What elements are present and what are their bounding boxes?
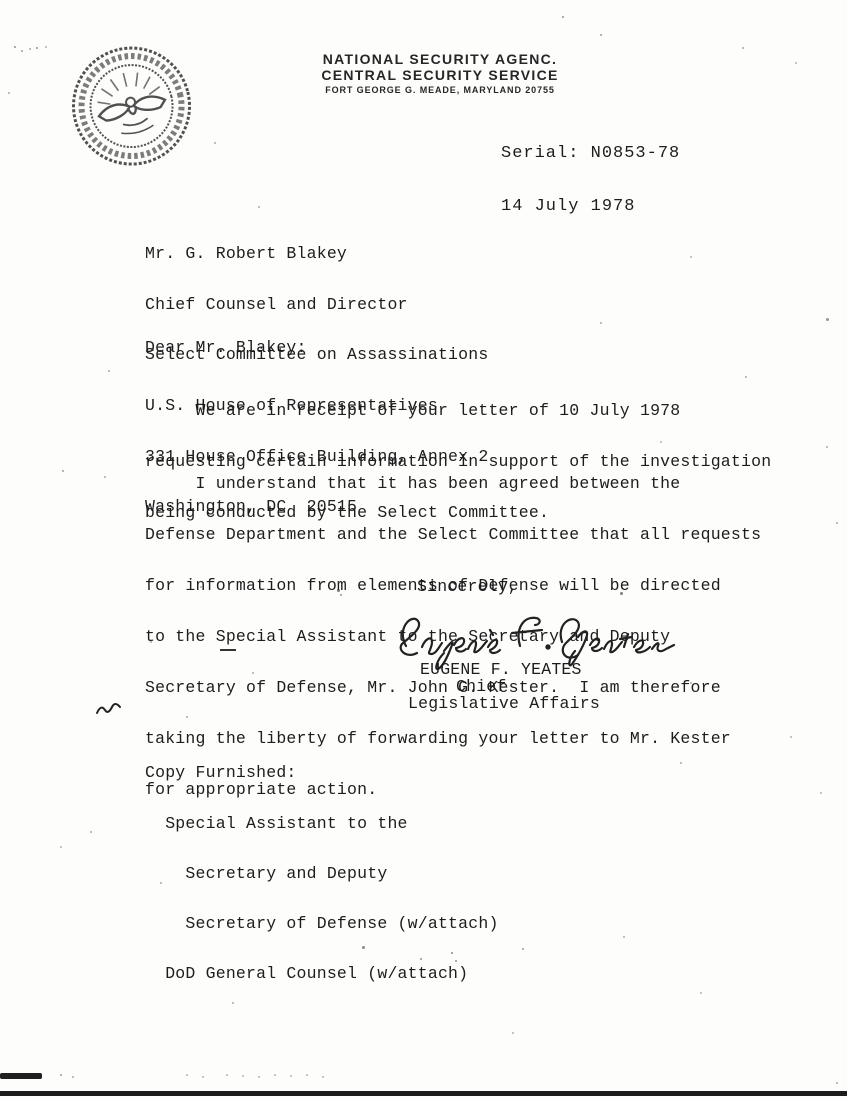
scan-speck [72,1076,74,1078]
scan-speck [108,370,110,372]
scan-speck [690,682,692,684]
body-line: We are in receipt of your letter of 10 J… [145,402,771,419]
scan-speck [620,592,623,595]
stray-dash-mark [220,649,236,651]
scan-speck [552,731,554,733]
scan-speck [745,376,747,378]
scan-speck [186,1074,188,1076]
scan-speck [200,586,202,588]
scan-speck [826,318,829,321]
copy-furnished-block: Copy Furnished: Special Assistant to the… [145,732,499,1016]
scan-speck [690,256,692,258]
salutation: Dear Mr. Blakey: [145,339,307,356]
letterhead-address-line: FORT GEORGE G. MEADE, MARYLAND 20755 [300,84,580,97]
scan-speck [680,762,682,764]
scan-speck [700,992,702,994]
scan-speck [160,882,162,884]
scan-speck [820,792,822,794]
scan-speck [522,948,524,950]
body-line: I understand that it has been agreed bet… [145,475,761,492]
scan-smudge [0,1073,42,1079]
scan-speck [420,958,422,960]
scan-speck [322,1076,324,1078]
scan-speck [790,736,792,738]
scan-speck [826,446,828,448]
letter-page: NATIONAL SECURITY AGENC. CENTRAL SECURIT… [0,0,847,1099]
copy-furnished-line: Secretary of Defense (w/attach) [145,916,499,933]
scan-speck [21,50,23,52]
scan-speck [742,47,744,49]
scan-speck [562,16,564,18]
scan-speck [836,522,838,524]
scan-speck [36,47,38,49]
scan-speck [29,48,31,50]
scan-speck [90,831,92,833]
letterhead-agency-line: NATIONAL SECURITY AGENC. [300,52,580,68]
scan-speck [258,206,260,208]
scan-speck [226,1074,228,1076]
scan-speck [795,62,797,64]
scan-edge-line [0,1091,847,1096]
scan-speck [62,470,64,472]
scan-speck [274,1074,276,1076]
scan-speck [600,34,602,36]
valediction: Sincerely, [417,578,518,595]
letterhead: NATIONAL SECURITY AGENC. CENTRAL SECURIT… [300,52,580,97]
scan-speck [451,952,453,954]
scan-speck [186,716,188,718]
scan-speck [512,1032,514,1034]
copy-furnished-line: Special Assistant to the [145,816,499,833]
scan-speck [623,936,625,938]
signer-title-chief: Chief [456,678,507,695]
dod-seal-image [48,27,216,189]
recipient-line: Chief Counsel and Director [145,297,488,314]
scan-speck [340,594,342,596]
letter-date: 14 July 1978 [501,198,680,216]
serial-number: Serial: N0853-78 [501,145,680,163]
scan-speck [242,1075,244,1077]
scan-speck [362,946,365,949]
scan-speck [600,322,602,324]
scan-speck [202,1076,204,1078]
scan-speck [455,960,457,962]
scan-speck [660,441,662,443]
scan-speck [306,1074,308,1076]
scan-speck [232,1002,234,1004]
scan-speck [290,1075,292,1077]
scan-speck [45,46,47,48]
margin-scribble-mark [94,701,124,719]
scan-speck [252,672,254,674]
copy-furnished-line: DoD General Counsel (w/attach) [145,966,499,983]
body-line: Defense Department and the Select Commit… [145,526,761,543]
scan-speck [258,1076,260,1078]
scan-speck [150,641,152,643]
scan-speck [60,846,62,848]
signer-title-office: Legislative Affairs [408,695,600,712]
copy-furnished-line: Copy Furnished: [145,765,499,782]
scan-speck [104,476,106,478]
scan-speck [836,1082,838,1084]
scan-speck [60,1074,62,1076]
scan-speck [8,92,10,94]
copy-furnished-line: Secretary and Deputy [145,866,499,883]
scan-speck [337,589,340,592]
signer-typed-name: EUGENE F. YEATES [420,661,582,678]
recipient-line: Mr. G. Robert Blakey [145,246,488,263]
scan-speck [214,142,216,144]
letterhead-service-line: CENTRAL SECURITY SERVICE [300,68,580,84]
scan-speck [14,46,16,48]
serial-date-block: Serial: N0853-78 14 July 1978 [501,110,680,250]
